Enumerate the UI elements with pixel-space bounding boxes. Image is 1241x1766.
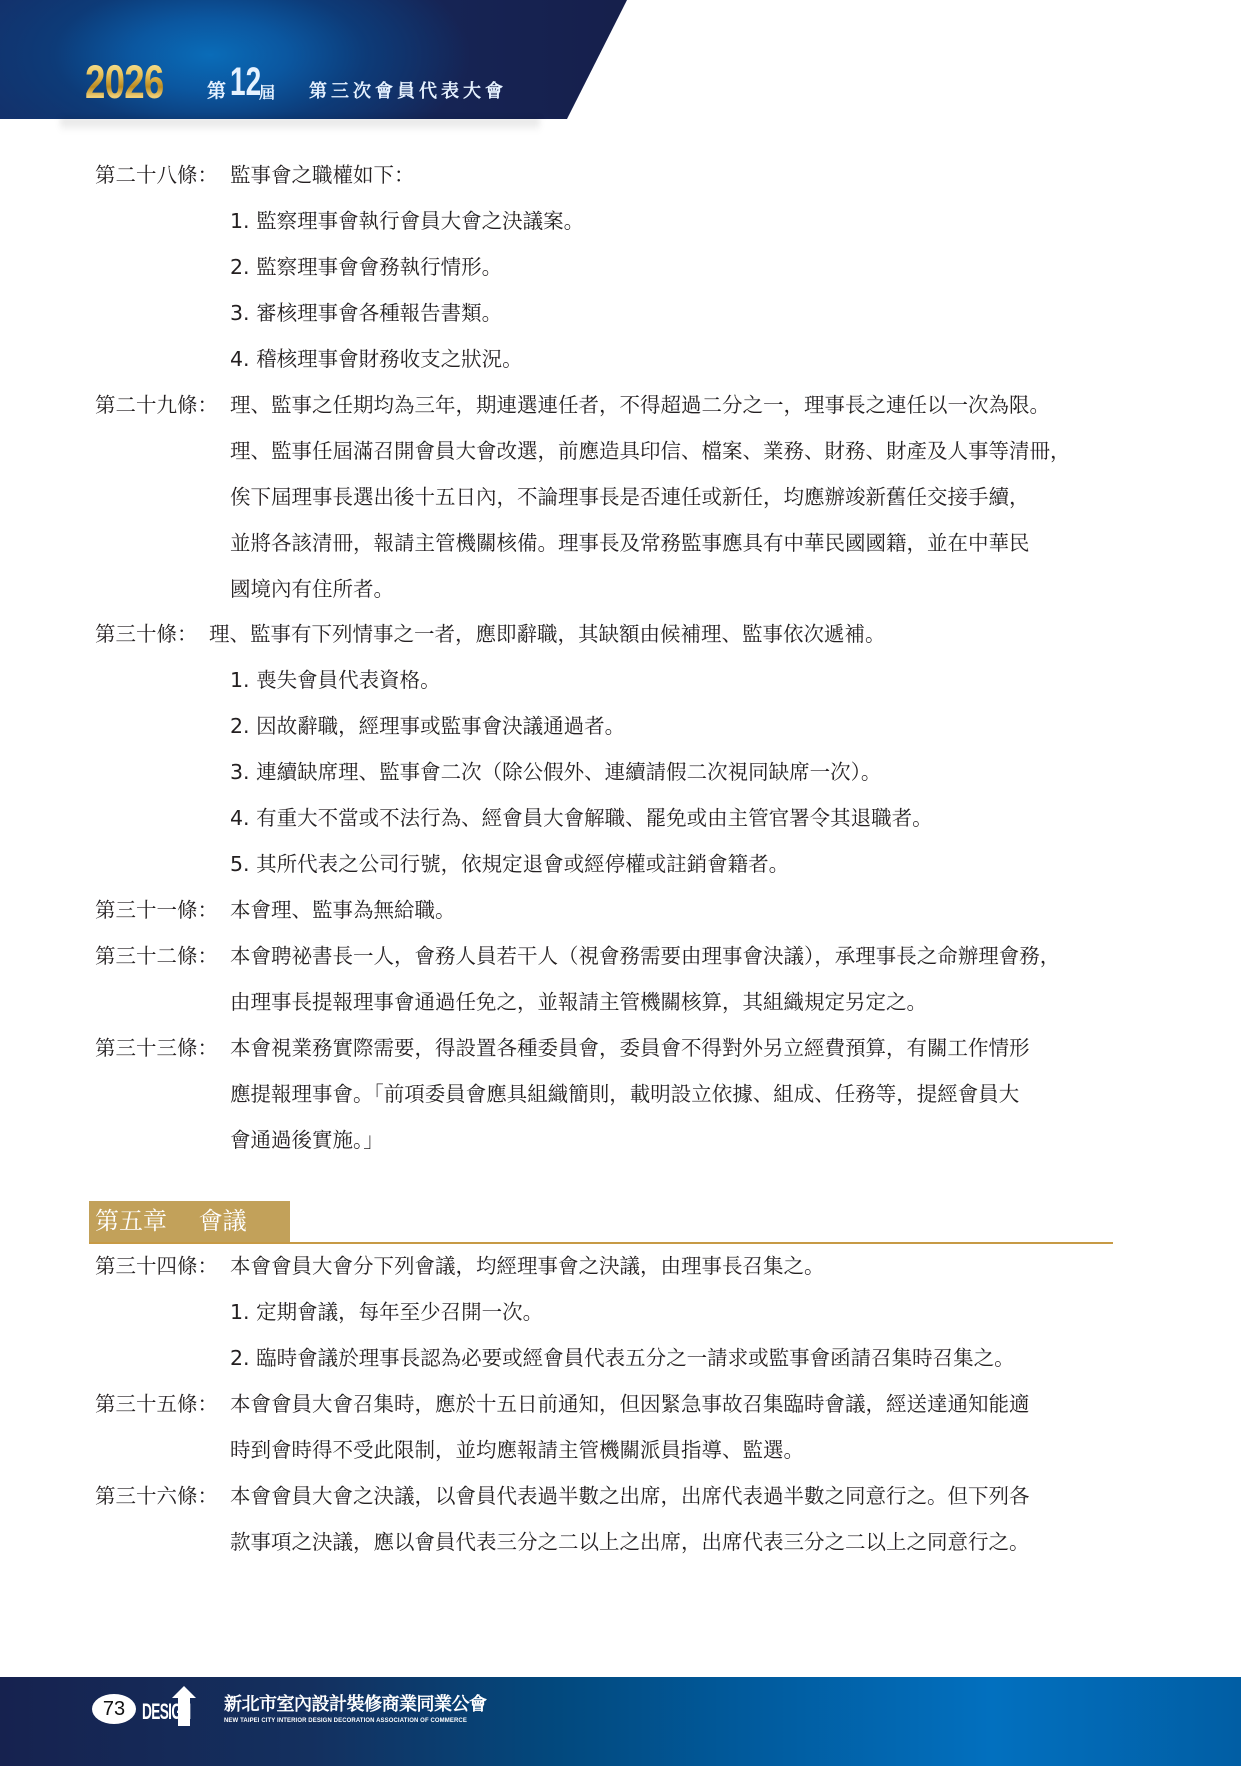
article-text: 時到會時得不受此限制，並均應報請主管機關派員指導、監選。: [230, 1436, 804, 1464]
chapter-divider: [89, 1242, 1113, 1244]
org-name-chinese: 新北市室內設計裝修商業同業公會: [224, 1694, 487, 1716]
article-text: 並將各該清冊，報請主管機關核備。理事長及常務監事應具有中華民國國籍，並在中華民: [230, 529, 1030, 557]
article-label: 第三十條：: [95, 620, 198, 648]
article-text: 俟下屆理事長選出後十五日內，不論理事長是否連任或新任，均應辦竣新舊任交接手續，: [230, 483, 1030, 511]
logo-wordmark: DESIGN: [142, 1700, 191, 1724]
article-text: 本會理、監事為無給職。: [230, 896, 456, 924]
article-item: 2. 監察理事會會務執行情形。: [230, 253, 502, 281]
header-shadow: [60, 118, 540, 132]
article-text: 本會會員大會召集時，應於十五日前通知，但因緊急事故召集臨時會議，經送達通知能適: [230, 1390, 1030, 1418]
article-text: 本會會員大會分下列會議，均經理事會之決議，由理事長召集之。: [230, 1252, 825, 1280]
article-item: 5. 其所代表之公司行號，依規定退會或經停權或註銷會籍者。: [230, 850, 789, 878]
article-item: 3. 連續缺席理、監事會二次（除公假外、連續請假二次視同缺席一次）。: [230, 758, 881, 786]
header-year: 2026: [85, 57, 163, 107]
header-conference-title: 第三次會員代表大會: [309, 77, 507, 103]
article-item: 1. 定期會議，每年至少召開一次。: [230, 1298, 543, 1326]
header-session-suffix: 屆: [259, 80, 275, 103]
article-label: 第三十五條：: [95, 1390, 218, 1418]
article-item: 3. 審核理事會各種報告書類。: [230, 299, 502, 327]
page-number: 73: [92, 1694, 136, 1724]
article-item: 1. 監察理事會執行會員大會之決議案。: [230, 207, 584, 235]
article-label: 第二十八條：: [95, 161, 218, 189]
article-text: 款事項之決議，應以會員代表三分之二以上之出席，出席代表三分之二以上之同意行之。: [230, 1528, 1030, 1556]
article-label: 第三十三條：: [95, 1034, 218, 1062]
article-text: 會通過後實施。」: [230, 1126, 384, 1154]
article-text: 理、監事有下列情事之一者，應即辭職，其缺額由候補理、監事依次遞補。: [209, 620, 886, 648]
article-label: 第三十二條：: [95, 942, 218, 970]
article-text: 由理事長提報理事會通過任免之，並報請主管機關核算，其組織規定另定之。: [230, 988, 927, 1016]
header-session-prefix: 第: [207, 76, 226, 103]
article-text: 國境內有住所者。: [230, 575, 394, 603]
article-text: 本會會員大會之決議，以會員代表過半數之出席，出席代表過半數之同意行之。但下列各: [230, 1482, 1030, 1510]
article-item: 2. 因故辭職，經理事或監事會決議通過者。: [230, 712, 625, 740]
org-name-english: NEW TAIPEI CITY INTERIOR DESIGN DECORATI…: [224, 1718, 467, 1725]
article-item: 4. 稽核理事會財務收支之狀況。: [230, 345, 523, 373]
article-label: 第三十四條：: [95, 1252, 218, 1280]
article-label: 第三十一條：: [95, 896, 218, 924]
article-text: 監事會之職權如下：: [230, 161, 415, 189]
article-item: 4. 有重大不當或不法行為、經會員大會解職、罷免或由主管官署令其退職者。: [230, 804, 933, 832]
article-text: 本會聘祕書長一人，會務人員若干人（視會務需要由理事會決議），承理事長之命辦理會務…: [230, 942, 1060, 970]
article-text: 理、監事之任期均為三年，期連選連任者，不得超過二分之一，理事長之連任以一次為限。: [230, 391, 1050, 419]
article-text: 應提報理事會。「前項委員會應具組織簡則，載明設立依據、組成、任務等，提經會員大: [230, 1080, 1019, 1108]
article-label: 第二十九條：: [95, 391, 218, 419]
article-text: 本會視業務實際需要，得設置各種委員會，委員會不得對外另立經費預算，有關工作情形: [230, 1034, 1030, 1062]
article-text: 理、監事任屆滿召開會員大會改選，前應造具印信、檔案、業務、財務、財產及人事等清冊…: [230, 437, 1071, 465]
article-item: 1. 喪失會員代表資格。: [230, 666, 441, 694]
article-label: 第三十六條：: [95, 1482, 218, 1510]
chapter-title: 第五章 會議: [95, 1205, 247, 1237]
article-item: 2. 臨時會議於理事長認為必要或經會員代表五分之一請求或監事會函請召集時召集之。: [230, 1344, 1015, 1372]
header-session-number: 12: [230, 60, 261, 104]
